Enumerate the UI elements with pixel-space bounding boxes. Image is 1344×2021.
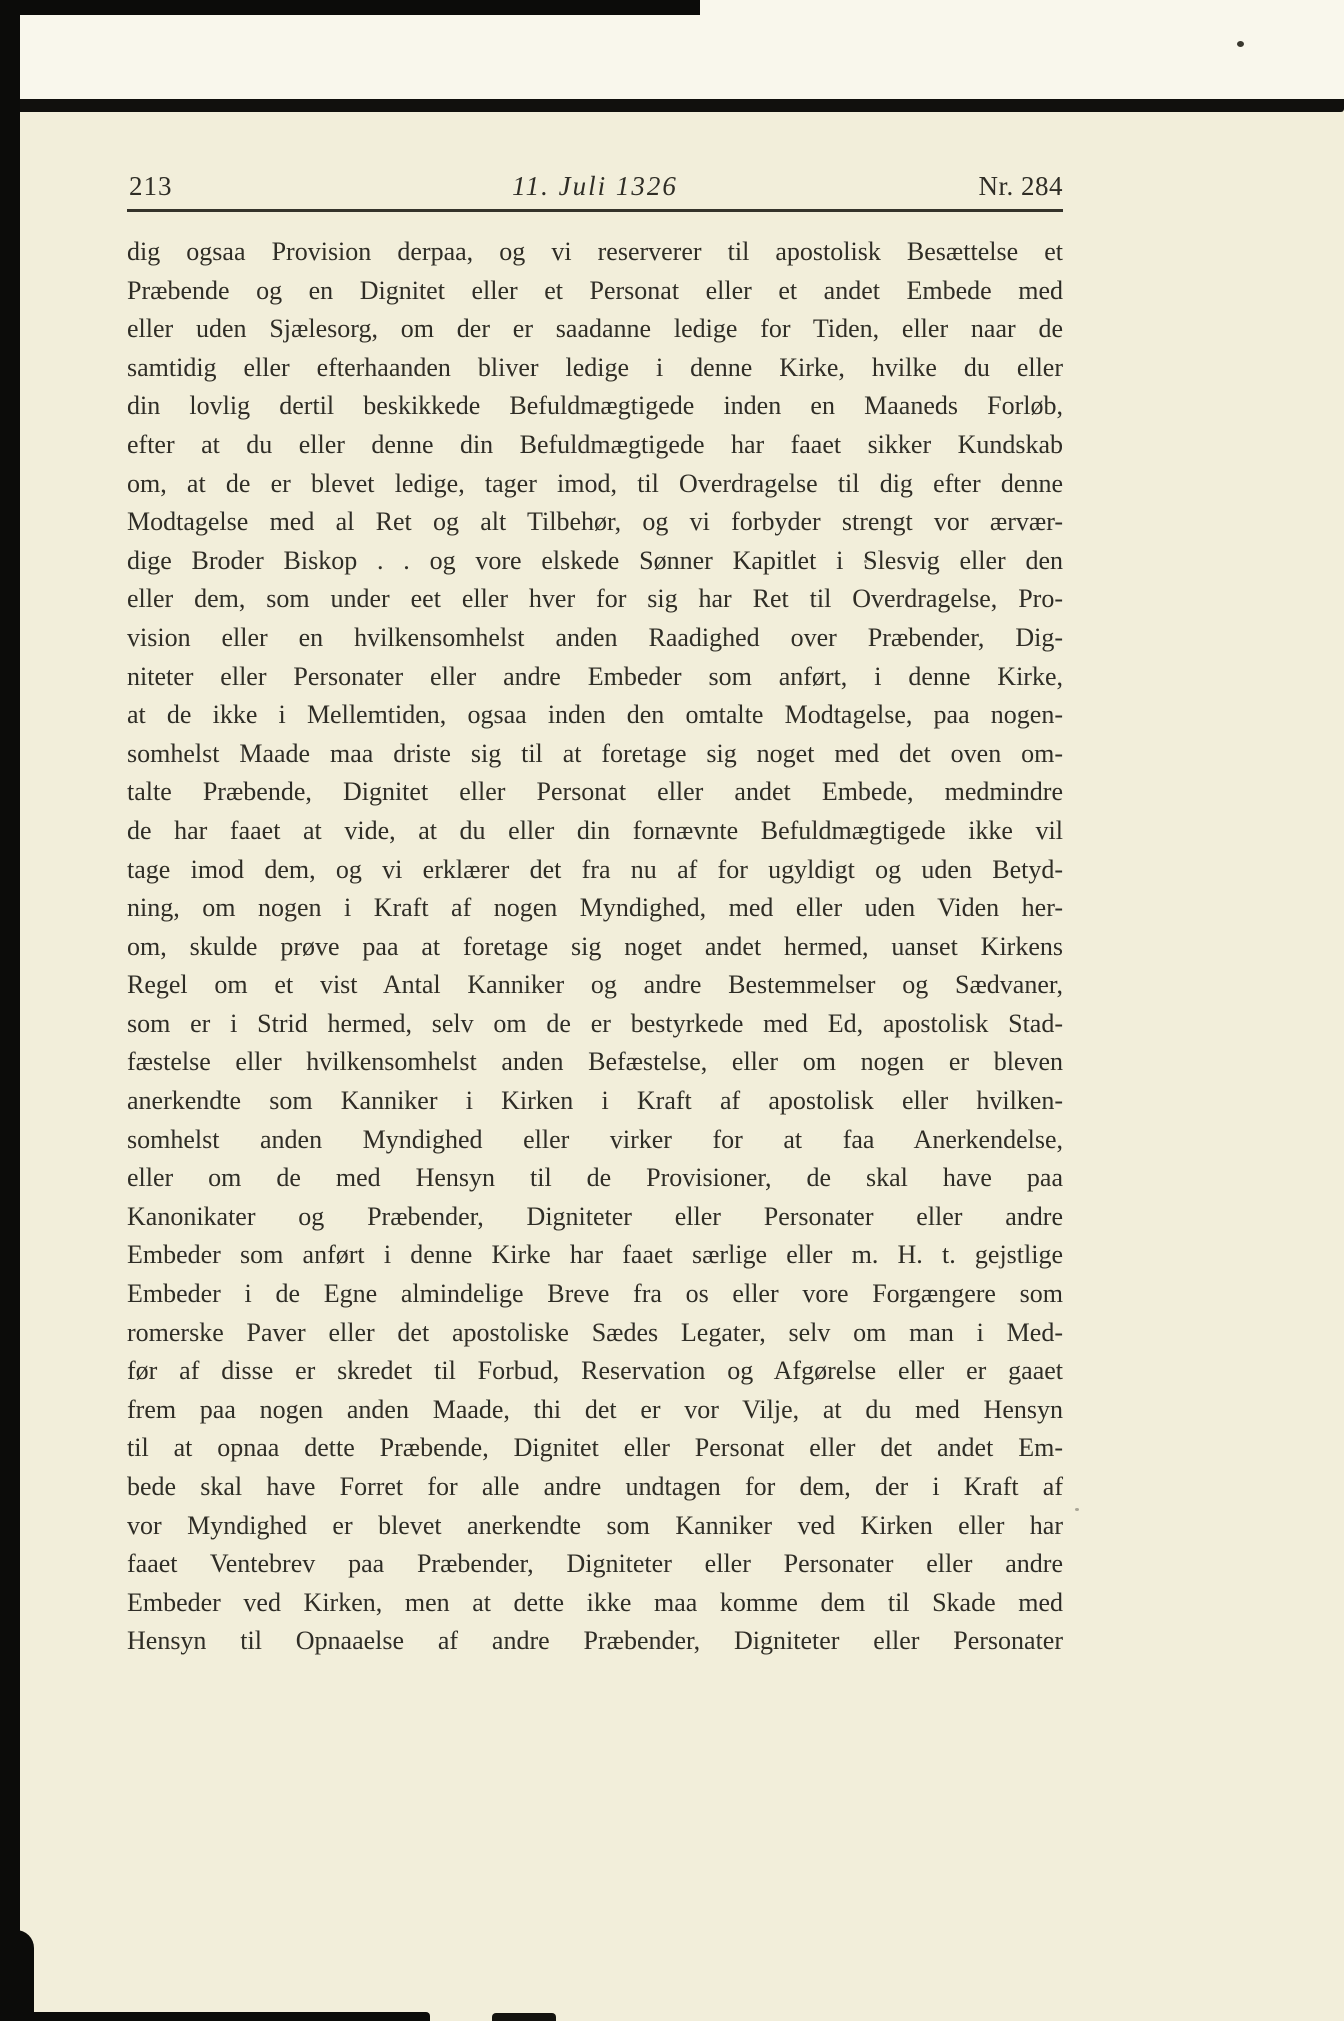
scan-blob-bottom-left — [0, 1930, 34, 2021]
scan-edge-top — [0, 0, 700, 15]
text-line: Præbende og en Dignitet eller et Persona… — [127, 272, 1063, 311]
text-line: niteter eller Personater eller andre Emb… — [127, 658, 1063, 697]
text-line: bede skal have Forret for alle andre und… — [127, 1468, 1063, 1507]
header-rule — [127, 209, 1063, 212]
text-line: faaet Ventebrev paa Præbender, Dignitete… — [127, 1545, 1063, 1584]
page-number: 213 — [129, 171, 173, 202]
body-text: dig ogsaa Provision derpaa, og vi reserv… — [127, 233, 1063, 1661]
page-edge-band — [0, 0, 1344, 100]
text-line: Regel om et vist Antal Kanniker og andre… — [127, 966, 1063, 1005]
scan-edge-bottom — [0, 2012, 430, 2021]
text-line: somhelst Maade maa driste sig til at for… — [127, 735, 1063, 774]
scan-edge-top-line — [0, 99, 1344, 112]
text-line: som er i Strid hermed, selv om de er bes… — [127, 1005, 1063, 1044]
scan-edge-left — [0, 0, 20, 2021]
text-line: somhelst anden Myndighed eller virker fo… — [127, 1121, 1063, 1160]
page-content: 213 11. Juli 1326 Nr. 284 dig ogsaa Prov… — [127, 158, 1063, 1661]
text-line: Kanonikater og Præbender, Digniteter ell… — [127, 1198, 1063, 1237]
text-line: om, skulde prøve paa at foretage sig nog… — [127, 928, 1063, 967]
dust-speck — [1237, 41, 1244, 47]
text-line: eller uden Sjælesorg, om der er saadanne… — [127, 310, 1063, 349]
text-line: før af disse er skredet til Forbud, Rese… — [127, 1352, 1063, 1391]
text-line: din lovlig dertil beskikkede Befuldmægti… — [127, 387, 1063, 426]
text-line: Embeder som anført i denne Kirke har faa… — [127, 1236, 1063, 1275]
dust-speck — [1075, 1508, 1079, 1511]
text-line: romerske Paver eller det apostoliske Sæd… — [127, 1314, 1063, 1353]
text-line: om, at de er blevet ledige, tager imod, … — [127, 465, 1063, 504]
text-line: anerkendte som Kanniker i Kirken i Kraft… — [127, 1082, 1063, 1121]
text-line: Hensyn til Opnaaelse af andre Præbender,… — [127, 1622, 1063, 1661]
scan-blob-bottom-mid — [492, 2013, 556, 2021]
text-line: fæstelse eller hvilkensomhelst anden Bef… — [127, 1043, 1063, 1082]
text-line: de har faaet at vide, at du eller din fo… — [127, 812, 1063, 851]
text-line: at de ikke i Mellemtiden, ogsaa inden de… — [127, 696, 1063, 735]
text-line: Embeder ved Kirken, men at dette ikke ma… — [127, 1584, 1063, 1623]
text-line: til at opnaa dette Præbende, Dignitet el… — [127, 1429, 1063, 1468]
text-line: talte Præbende, Dignitet eller Personat … — [127, 773, 1063, 812]
text-line: efter at du eller denne din Befuldmægtig… — [127, 426, 1063, 465]
text-line: frem paa nogen anden Maade, thi det er v… — [127, 1391, 1063, 1430]
text-line: eller dem, som under eet eller hver for … — [127, 580, 1063, 619]
text-line: eller om de med Hensyn til de Provisione… — [127, 1159, 1063, 1198]
text-line: ning, om nogen i Kraft af nogen Myndighe… — [127, 889, 1063, 928]
text-line: vision eller en hvilkensomhelst anden Ra… — [127, 619, 1063, 658]
header-date-title: 11. Juli 1326 — [512, 171, 678, 202]
text-line: Modtagelse med al Ret og alt Tilbehør, o… — [127, 503, 1063, 542]
text-line: dig ogsaa Provision derpaa, og vi reserv… — [127, 233, 1063, 272]
text-line: samtidig eller efterhaanden bliver ledig… — [127, 349, 1063, 388]
running-header: 213 11. Juli 1326 Nr. 284 — [127, 158, 1063, 202]
scanned-book-page: 213 11. Juli 1326 Nr. 284 dig ogsaa Prov… — [0, 0, 1344, 2021]
document-number: Nr. 284 — [979, 171, 1064, 202]
text-line: tage imod dem, og vi erklærer det fra nu… — [127, 851, 1063, 890]
text-line: Embeder i de Egne almindelige Breve fra … — [127, 1275, 1063, 1314]
text-line: vor Myndighed er blevet anerkendte som K… — [127, 1507, 1063, 1546]
text-line: dige Broder Biskop . . og vore elskede S… — [127, 542, 1063, 581]
